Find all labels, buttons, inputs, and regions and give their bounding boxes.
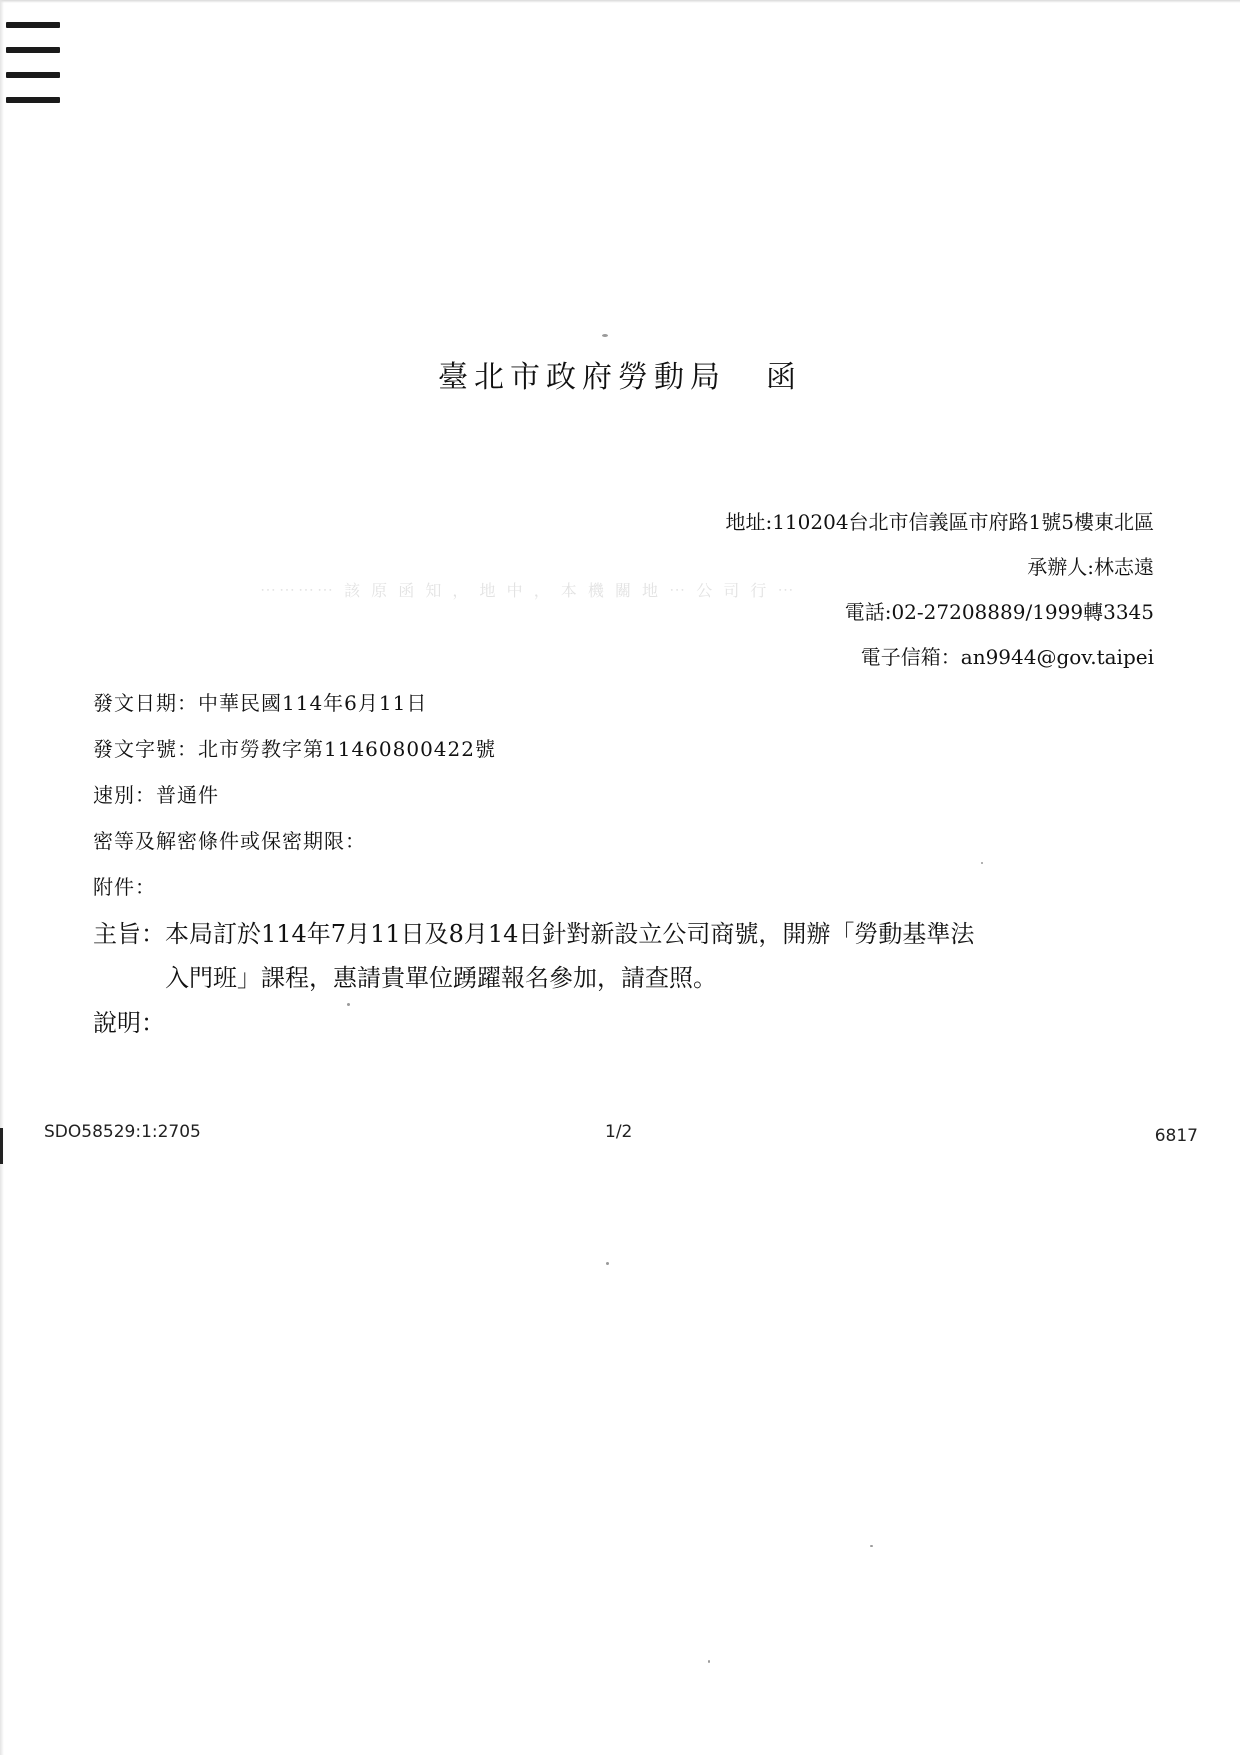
- page-footer: SDO58529:1:2705 1/2 6817: [0, 1122, 1240, 1152]
- subject-line-1: 本局訂於114年7月11日及8月14日針對新設立公司商號，開辦「勞動基準法: [165, 912, 974, 956]
- scan-speck: [981, 862, 983, 864]
- footer-serial: 6817: [1155, 1126, 1198, 1146]
- document-meta: 發文日期：中華民國114年6月11日 發文字號：北市勞教字第1146080042…: [93, 680, 496, 910]
- doc-number: 發文字號：北市勞教字第11460800422號: [93, 726, 496, 772]
- scan-edge-left: [0, 0, 4, 1755]
- document-title: 臺北市政府勞動局函: [0, 352, 1240, 396]
- title-org: 臺北市政府勞動局: [438, 360, 726, 395]
- footer-page-number: 1/2: [605, 1122, 632, 1142]
- phone: 電話:02-27208889/1999轉3345: [725, 590, 1154, 635]
- barcode-bar: [6, 22, 60, 28]
- subject-block: 主旨： 本局訂於114年7月11日及8月14日針對新設立公司商號，開辦「勞動基準…: [93, 912, 1143, 1000]
- barcode-marks: [6, 22, 60, 122]
- subject-line-2: 入門班」課程，惠請貴單位踴躍報名參加，請查照。: [165, 956, 717, 1000]
- scan-speck: [602, 334, 608, 337]
- address: 地址:110204台北市信義區市府路1號5樓東北區: [725, 500, 1154, 545]
- explanation-label: 說明：: [93, 1003, 165, 1038]
- classification: 密等及解密條件或保密期限：: [93, 818, 496, 864]
- scan-speck: [708, 1660, 710, 1663]
- barcode-bar: [6, 47, 60, 53]
- handler: 承辦人:林志遠: [725, 545, 1154, 590]
- contact-block: 地址:110204台北市信義區市府路1號5樓東北區 承辦人:林志遠 電話:02-…: [725, 500, 1154, 680]
- scan-edge-top: [0, 0, 1240, 3]
- title-type: 函: [766, 360, 802, 395]
- speed-class: 速別：普通件: [93, 772, 496, 818]
- issue-date: 發文日期：中華民國114年6月11日: [93, 680, 496, 726]
- scan-speck: [870, 1545, 873, 1547]
- scan-speck: [606, 1262, 609, 1265]
- attachment: 附件：: [93, 864, 496, 910]
- email: 電子信箱：an9944@gov.taipei: [725, 635, 1154, 680]
- subject-label: 主旨：: [93, 912, 165, 956]
- footer-doc-code: SDO58529:1:2705: [44, 1122, 201, 1142]
- barcode-bar: [6, 97, 60, 103]
- scan-speck: [347, 1003, 350, 1006]
- barcode-bar: [6, 72, 60, 78]
